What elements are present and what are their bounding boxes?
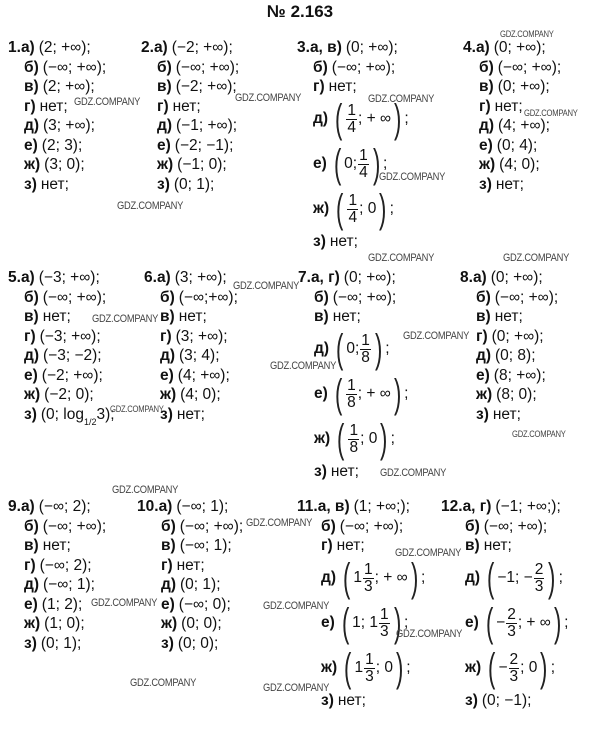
answer-value: (3; 0); bbox=[44, 155, 84, 175]
answer-value: (−∞; +∞); bbox=[495, 288, 558, 308]
watermark: GDZ.COMPANY bbox=[117, 200, 183, 212]
answer-value: нет; bbox=[177, 405, 205, 425]
answer-label: б) bbox=[24, 288, 39, 308]
denominator: 3 bbox=[380, 624, 389, 640]
answer-value: (1; +∞;); bbox=[354, 497, 410, 517]
answer-label: г) bbox=[160, 327, 172, 347]
answer-value: (−1; 0); bbox=[177, 155, 227, 175]
answer-label: ж) bbox=[160, 385, 176, 405]
denominator: 8 bbox=[347, 395, 356, 411]
answer-row: ж)(14; 0); bbox=[297, 187, 409, 232]
answer-value: (−3; +∞); bbox=[39, 268, 100, 288]
task-number: 5. bbox=[8, 268, 21, 288]
log-base: 1/2 bbox=[84, 413, 97, 433]
left-paren: ( bbox=[486, 603, 493, 643]
task-2: 2. а)(−2; +∞);б)(−∞; +∞);в)(−2; +∞);г)не… bbox=[141, 38, 239, 194]
answer-label: з) bbox=[157, 175, 170, 195]
answer-label: е) bbox=[157, 136, 171, 156]
answer-row: 7. а, г)(0; +∞); bbox=[298, 268, 408, 288]
answer-row: г)(0; +∞); bbox=[460, 327, 558, 347]
answer-row: ж)(4; 0); bbox=[144, 385, 238, 405]
answer-value: (0; 1); bbox=[41, 634, 81, 654]
answer-row: д)(−∞; 1); bbox=[8, 575, 106, 595]
answer-value: (0; 0); bbox=[181, 614, 221, 634]
answer-label: з) bbox=[314, 462, 327, 482]
answer-label: в) bbox=[24, 77, 39, 97]
watermark: GDZ.COMPANY bbox=[233, 280, 299, 292]
answer-value: (0; +∞); bbox=[491, 268, 543, 288]
answer-label: б) bbox=[314, 288, 329, 308]
terminator: ; bbox=[404, 384, 408, 404]
answer-label: д) bbox=[24, 575, 39, 595]
interval-post: ; + ∞ bbox=[358, 109, 391, 129]
answer-label: в) bbox=[160, 307, 175, 327]
answer-row: е)(0; 4); bbox=[463, 136, 561, 156]
interval-fraction: (18; 0); bbox=[334, 419, 395, 459]
answer-value: (0; 4); bbox=[497, 136, 537, 156]
answer-value: (1; 0); bbox=[44, 614, 84, 634]
answer-row: д)(3; +∞); bbox=[8, 116, 106, 136]
answer-label: ж) bbox=[476, 385, 492, 405]
answer-value: (−∞; +∞); bbox=[332, 58, 395, 78]
answer-label: б) bbox=[161, 517, 176, 537]
answer-value: (−∞; 2); bbox=[40, 556, 92, 576]
answer-row: д)(−3; −2); bbox=[8, 346, 115, 366]
task-12: 12. а, г)(−1; +∞;);б)(−∞; +∞);в)нет;д)(−… bbox=[441, 497, 568, 710]
answer-label: з) bbox=[465, 691, 478, 711]
answer-label: в) bbox=[157, 77, 172, 97]
answer-label: а) bbox=[21, 268, 35, 288]
answer-label: ж) bbox=[314, 429, 330, 449]
interval-pre: 1 bbox=[354, 658, 363, 678]
right-paren: ) bbox=[375, 329, 382, 369]
answer-value: нет; bbox=[43, 307, 71, 327]
interval-fraction: (14; + ∞); bbox=[332, 99, 409, 139]
answer-label: д) bbox=[314, 339, 329, 359]
fraction: 18 bbox=[348, 423, 359, 456]
numerator: 1 bbox=[379, 607, 390, 624]
task-number: 3. bbox=[297, 38, 310, 58]
watermark: GDZ.COMPANY bbox=[403, 330, 469, 342]
answer-value: нет; bbox=[330, 232, 358, 252]
answer-row: б)(−∞; +∞); bbox=[141, 58, 239, 78]
interval-post: ; 0 bbox=[359, 199, 376, 219]
left-paren: ( bbox=[342, 603, 349, 643]
answer-row: е)(4; +∞); bbox=[144, 366, 238, 386]
answer-value: (4; 0); bbox=[499, 155, 539, 175]
answer-label: д) bbox=[465, 568, 480, 588]
answer-row: б)(−∞; +∞); bbox=[297, 58, 409, 78]
answer-row: г)(−∞; 2); bbox=[8, 556, 106, 576]
answer-label: е) bbox=[321, 613, 335, 633]
answer-label: з) bbox=[313, 232, 326, 252]
answer-value: (0; +∞); bbox=[494, 38, 546, 58]
task-5: 5. а)(−3; +∞);б)(−∞; +∞);в)нет;г)(−3; +∞… bbox=[8, 268, 115, 424]
task-6: 6. а)(3; +∞);б)(−∞;+∞);в)нет;г)(3; +∞);д… bbox=[144, 268, 238, 424]
denominator: 3 bbox=[510, 669, 519, 685]
answer-label: б) bbox=[465, 517, 480, 537]
watermark: GDZ.COMPANY bbox=[503, 252, 569, 264]
answer-value: (3; +∞); bbox=[43, 116, 95, 136]
answer-value: (−∞; 0); bbox=[179, 595, 231, 615]
answer-value: (4; +∞); bbox=[498, 116, 550, 136]
watermark: GDZ.COMPANY bbox=[395, 547, 461, 559]
answer-value: нет; bbox=[40, 97, 68, 117]
watermark: GDZ.COMPANY bbox=[130, 677, 196, 689]
left-paren: ( bbox=[336, 329, 343, 369]
answer-row: з)(0; 0); bbox=[137, 634, 243, 654]
answer-value: (−1; +∞); bbox=[176, 116, 237, 136]
answer-label: а, в) bbox=[318, 497, 350, 517]
answer-label: в) bbox=[314, 307, 329, 327]
numerator: 1 bbox=[347, 193, 358, 210]
numerator: 2 bbox=[509, 652, 520, 669]
answer-label: ж) bbox=[157, 155, 173, 175]
answer-row: е)(18; + ∞); bbox=[298, 372, 408, 417]
answer-value: (0; 0); bbox=[178, 634, 218, 654]
denominator: 3 bbox=[535, 579, 544, 595]
watermark: GDZ.COMPANY bbox=[380, 467, 446, 479]
answer-row: б)(−∞; +∞); bbox=[298, 288, 408, 308]
terminator: ; bbox=[421, 568, 425, 588]
answer-label: г) bbox=[24, 97, 36, 117]
answer-label: г) bbox=[479, 97, 491, 117]
answer-value: нет; bbox=[43, 536, 71, 556]
answer-label: ж) bbox=[24, 155, 40, 175]
answer-row: в)(−2; +∞); bbox=[141, 77, 239, 97]
answer-label: д) bbox=[476, 346, 491, 366]
watermark: GDZ.COMPANY bbox=[524, 108, 578, 118]
right-paren: ) bbox=[548, 558, 555, 598]
right-paren: ) bbox=[396, 648, 403, 688]
answer-row: д)(−1; −23); bbox=[441, 556, 568, 601]
terminator: ; bbox=[564, 613, 568, 633]
answer-value: (−∞; +∞); bbox=[333, 288, 396, 308]
answer-value: (−2; +∞); bbox=[42, 366, 103, 386]
answer-label: ж) bbox=[24, 614, 40, 634]
left-paren: ( bbox=[488, 648, 495, 688]
answer-value: нет; bbox=[331, 462, 359, 482]
answer-value: (−3; +∞); bbox=[40, 327, 101, 347]
answer-value: нет; bbox=[496, 175, 524, 195]
interval-pre: (0; log bbox=[41, 405, 84, 425]
answer-value: нет; bbox=[495, 97, 523, 117]
numerator: 1 bbox=[358, 148, 369, 165]
answer-value: (0; +∞); bbox=[344, 268, 396, 288]
answer-row: з)(0; 1); bbox=[8, 634, 106, 654]
watermark: GDZ.COMPANY bbox=[91, 597, 157, 609]
answer-value: (0; +∞); bbox=[346, 38, 398, 58]
watermark: GDZ.COMPANY bbox=[270, 360, 336, 372]
watermark: GDZ.COMPANY bbox=[512, 429, 566, 439]
answer-label: д) bbox=[24, 116, 39, 136]
interval-post: ; + ∞ bbox=[375, 568, 408, 588]
answer-label: г) bbox=[24, 327, 36, 347]
answer-row: ж)(3; 0); bbox=[8, 155, 106, 175]
interval-fraction: (14; 0); bbox=[333, 189, 394, 229]
task-number: 10. bbox=[137, 497, 159, 517]
task-number: 4. bbox=[463, 38, 476, 58]
terminator: ; bbox=[385, 339, 389, 359]
denominator: 4 bbox=[347, 120, 356, 136]
answer-label: б) bbox=[24, 58, 39, 78]
left-paren: ( bbox=[336, 189, 343, 229]
answer-value: нет; bbox=[337, 536, 365, 556]
answer-value: нет; bbox=[495, 307, 523, 327]
left-paren: ( bbox=[335, 99, 342, 139]
interval-pre: − bbox=[496, 613, 505, 633]
fraction: 18 bbox=[346, 378, 357, 411]
answer-row: б)(−∞; +∞); bbox=[8, 288, 115, 308]
answer-label: ж) bbox=[479, 155, 495, 175]
answer-row: ж)(−1; 0); bbox=[141, 155, 239, 175]
right-paren: ) bbox=[394, 99, 401, 139]
answer-value: (−∞; +∞); bbox=[484, 517, 547, 537]
answer-label: з) bbox=[479, 175, 492, 195]
answer-row: б)(−∞;+∞); bbox=[144, 288, 238, 308]
fraction: 14 bbox=[347, 193, 358, 226]
task-7: 7. а, г)(0; +∞);б)(−∞; +∞);в)нет;д)(0;18… bbox=[298, 268, 408, 481]
task-number: 12. bbox=[441, 497, 463, 517]
denominator: 8 bbox=[361, 350, 370, 366]
left-paren: ( bbox=[334, 144, 341, 184]
answer-row: б)(−∞; +∞); bbox=[297, 517, 425, 537]
answer-row: е)(−2; +∞); bbox=[8, 366, 115, 386]
answer-label: ж) bbox=[313, 199, 329, 219]
denominator: 8 bbox=[349, 440, 358, 456]
answer-label: а) bbox=[154, 38, 168, 58]
answer-row: е)(2; 3); bbox=[8, 136, 106, 156]
answer-label: а, в) bbox=[310, 38, 342, 58]
answer-label: е) bbox=[314, 384, 328, 404]
answer-value: (3; +∞); bbox=[175, 268, 227, 288]
interval-post: ; 0 bbox=[360, 429, 377, 449]
answer-row: д)(3; 4); bbox=[144, 346, 238, 366]
fraction: 18 bbox=[360, 333, 371, 366]
answer-value: (−∞; 1); bbox=[43, 575, 95, 595]
answer-label: г) bbox=[321, 536, 333, 556]
watermark: GDZ.COMPANY bbox=[263, 600, 329, 612]
fraction: 23 bbox=[506, 607, 517, 640]
answer-row: д)(−1; +∞); bbox=[141, 116, 239, 136]
fraction: 23 bbox=[509, 652, 520, 685]
answer-row: г)нет; bbox=[141, 97, 239, 117]
answer-row: д)(0; 8); bbox=[460, 346, 558, 366]
answer-label: ж) bbox=[465, 658, 481, 678]
watermark: GDZ.COMPANY bbox=[263, 682, 329, 694]
numerator: 1 bbox=[364, 652, 375, 669]
answer-label: д) bbox=[161, 575, 176, 595]
answer-label: а, г) bbox=[311, 268, 340, 288]
numerator: 2 bbox=[534, 562, 545, 579]
answer-value: (2; +∞); bbox=[39, 38, 91, 58]
answer-row: 8. а)(0; +∞); bbox=[460, 268, 558, 288]
answer-value: (2; 3); bbox=[42, 136, 82, 156]
fraction: 13 bbox=[363, 562, 374, 595]
answer-value: (−∞; +∞); bbox=[340, 517, 403, 537]
answer-label: е) bbox=[476, 366, 490, 386]
interval-fraction: (113; 0); bbox=[341, 648, 410, 688]
answer-label: з) bbox=[476, 405, 489, 425]
answer-row: з)нет; bbox=[463, 175, 561, 195]
interval-post: ; + ∞ bbox=[518, 613, 551, 633]
answer-label: е) bbox=[313, 154, 327, 174]
answer-value: (−2; +∞); bbox=[172, 38, 233, 58]
watermark: GDZ.COMPANY bbox=[112, 484, 178, 496]
answer-row: б)(−∞; +∞); bbox=[8, 517, 106, 537]
answer-row: б)(−∞; +∞); bbox=[460, 288, 558, 308]
task-number: 11. bbox=[297, 497, 318, 517]
answer-row: 3. а, в)(0; +∞); bbox=[297, 38, 409, 58]
left-paren: ( bbox=[335, 374, 342, 414]
answer-row: 9. а)(−∞; 2); bbox=[8, 497, 106, 517]
watermark: GDZ.COMPANY bbox=[235, 92, 301, 104]
answer-label: б) bbox=[479, 58, 494, 78]
answer-value: (−∞; +∞); bbox=[498, 58, 561, 78]
interval-post: ; 0 bbox=[376, 658, 393, 678]
terminator: ; bbox=[404, 109, 408, 129]
answer-value: (−∞; +∞); bbox=[176, 58, 239, 78]
answer-label: з) bbox=[24, 634, 37, 654]
answer-value: (−∞; +∞); bbox=[180, 517, 243, 537]
answer-value: нет; bbox=[338, 691, 366, 711]
answer-value: нет; bbox=[333, 307, 361, 327]
watermark: GDZ.COMPANY bbox=[500, 29, 554, 39]
right-paren: ) bbox=[394, 374, 401, 414]
right-paren: ) bbox=[540, 648, 547, 688]
numerator: 1 bbox=[346, 378, 357, 395]
answer-value: нет; bbox=[41, 175, 69, 195]
interval-pre: 0; bbox=[346, 339, 359, 359]
answer-row: 5. а)(−3; +∞); bbox=[8, 268, 115, 288]
answer-value: (0; 1); bbox=[180, 575, 220, 595]
left-paren: ( bbox=[344, 648, 351, 688]
numerator: 1 bbox=[348, 423, 359, 440]
answer-value: (0; 8); bbox=[495, 346, 535, 366]
fraction: 14 bbox=[358, 148, 369, 181]
answer-value: (−∞; +∞); bbox=[43, 517, 106, 537]
answer-value: (1; 2); bbox=[42, 595, 82, 615]
numerator: 1 bbox=[363, 562, 374, 579]
answer-value: (−2; −1); bbox=[175, 136, 234, 156]
answer-label: а) bbox=[21, 38, 35, 58]
answer-value: (−∞; 2); bbox=[39, 497, 91, 517]
task-number: 1. bbox=[8, 38, 21, 58]
numerator: 1 bbox=[360, 333, 371, 350]
answer-value: (−2; 0); bbox=[44, 385, 94, 405]
answer-row: 6. а)(3; +∞); bbox=[144, 268, 238, 288]
left-paren: ( bbox=[337, 419, 344, 459]
interval-fraction: (−23; + ∞); bbox=[483, 603, 569, 643]
answer-row: г)(−3; +∞); bbox=[8, 327, 115, 347]
task-3: 3. а, в)(0; +∞);б)(−∞; +∞);г)нет;д)(14; … bbox=[297, 38, 409, 251]
answer-label: ж) bbox=[161, 614, 177, 634]
interval-fraction: (113; + ∞); bbox=[340, 558, 425, 598]
watermark: GDZ.COMPANY bbox=[74, 96, 140, 108]
left-paren: ( bbox=[343, 558, 350, 598]
watermark: GDZ.COMPANY bbox=[368, 252, 434, 264]
answer-label: г) bbox=[157, 97, 169, 117]
watermark: GDZ.COMPANY bbox=[379, 171, 445, 183]
answer-row: б)(−∞; +∞); bbox=[441, 517, 568, 537]
answer-label: в) bbox=[24, 307, 39, 327]
answer-label: д) bbox=[313, 109, 328, 129]
answer-row: в)нет; bbox=[8, 536, 106, 556]
answer-row: г)(3; +∞); bbox=[144, 327, 238, 347]
answer-label: з) bbox=[24, 175, 37, 195]
interval-fraction: (−23; 0); bbox=[485, 648, 555, 688]
task-number: 2. bbox=[141, 38, 154, 58]
right-paren: ) bbox=[380, 419, 387, 459]
answer-value: (3; +∞); bbox=[176, 327, 228, 347]
answer-label: е) bbox=[479, 136, 493, 156]
answer-row: д)(4; +∞); bbox=[463, 116, 561, 136]
answer-label: б) bbox=[157, 58, 172, 78]
fraction: 23 bbox=[534, 562, 545, 595]
answer-row: в)нет; bbox=[460, 307, 558, 327]
answer-row: з)(0; −1); bbox=[441, 691, 568, 711]
answer-row: в)нет; bbox=[298, 307, 408, 327]
denominator: 3 bbox=[364, 579, 373, 595]
answer-value: (0; 1); bbox=[174, 175, 214, 195]
right-paren: ) bbox=[411, 558, 418, 598]
answer-value: (2; +∞); bbox=[43, 77, 95, 97]
answer-row: в)(0; +∞); bbox=[463, 77, 561, 97]
answer-label: е) bbox=[24, 595, 38, 615]
answer-label: з) bbox=[161, 634, 174, 654]
fraction: 13 bbox=[379, 607, 390, 640]
answer-label: д) bbox=[157, 116, 172, 136]
answer-label: д) bbox=[321, 568, 336, 588]
answer-label: д) bbox=[24, 346, 39, 366]
answer-label: а, г) bbox=[463, 497, 492, 517]
answer-value: (−∞; +∞); bbox=[43, 58, 106, 78]
interval-pre: − bbox=[498, 658, 507, 678]
answer-value: (0; +∞); bbox=[498, 77, 550, 97]
answer-label: г) bbox=[24, 556, 36, 576]
answer-value: (0; +∞); bbox=[492, 327, 544, 347]
answer-row: ж)(4; 0); bbox=[463, 155, 561, 175]
denominator: 3 bbox=[365, 669, 374, 685]
answer-row: ж)(1; 0); bbox=[8, 614, 106, 634]
answer-label: а) bbox=[157, 268, 171, 288]
answer-value: нет; bbox=[484, 536, 512, 556]
answer-row: 2. а)(−2; +∞); bbox=[141, 38, 239, 58]
answer-label: в) bbox=[24, 536, 39, 556]
answer-row: 10. а)(−∞; 1); bbox=[137, 497, 243, 517]
answer-label: б) bbox=[160, 288, 175, 308]
terminator: ; bbox=[391, 429, 395, 449]
exercise-title: № 2.163 bbox=[0, 2, 600, 22]
answer-value: нет; bbox=[177, 556, 205, 576]
answer-row: в)(−∞; 1); bbox=[137, 536, 243, 556]
answer-value: (4; 0); bbox=[180, 385, 220, 405]
answer-label: в) bbox=[161, 536, 176, 556]
terminator: ; bbox=[390, 199, 394, 219]
answer-value: (−∞; +∞); bbox=[43, 288, 106, 308]
answer-value: (−∞; 1); bbox=[180, 536, 232, 556]
answer-row: ж)(−2; 0); bbox=[8, 385, 115, 405]
right-paren: ) bbox=[554, 603, 561, 643]
numerator: 1 bbox=[346, 103, 357, 120]
answer-label: в) bbox=[479, 77, 494, 97]
answer-row: з)(0; log1/2 3); bbox=[8, 405, 115, 425]
answer-row: 1. а)(2; +∞); bbox=[8, 38, 106, 58]
answer-label: б) bbox=[476, 288, 491, 308]
answer-label: д) bbox=[160, 346, 175, 366]
watermark: GDZ.COMPANY bbox=[110, 404, 164, 414]
answer-value: (−3; −2); bbox=[43, 346, 102, 366]
